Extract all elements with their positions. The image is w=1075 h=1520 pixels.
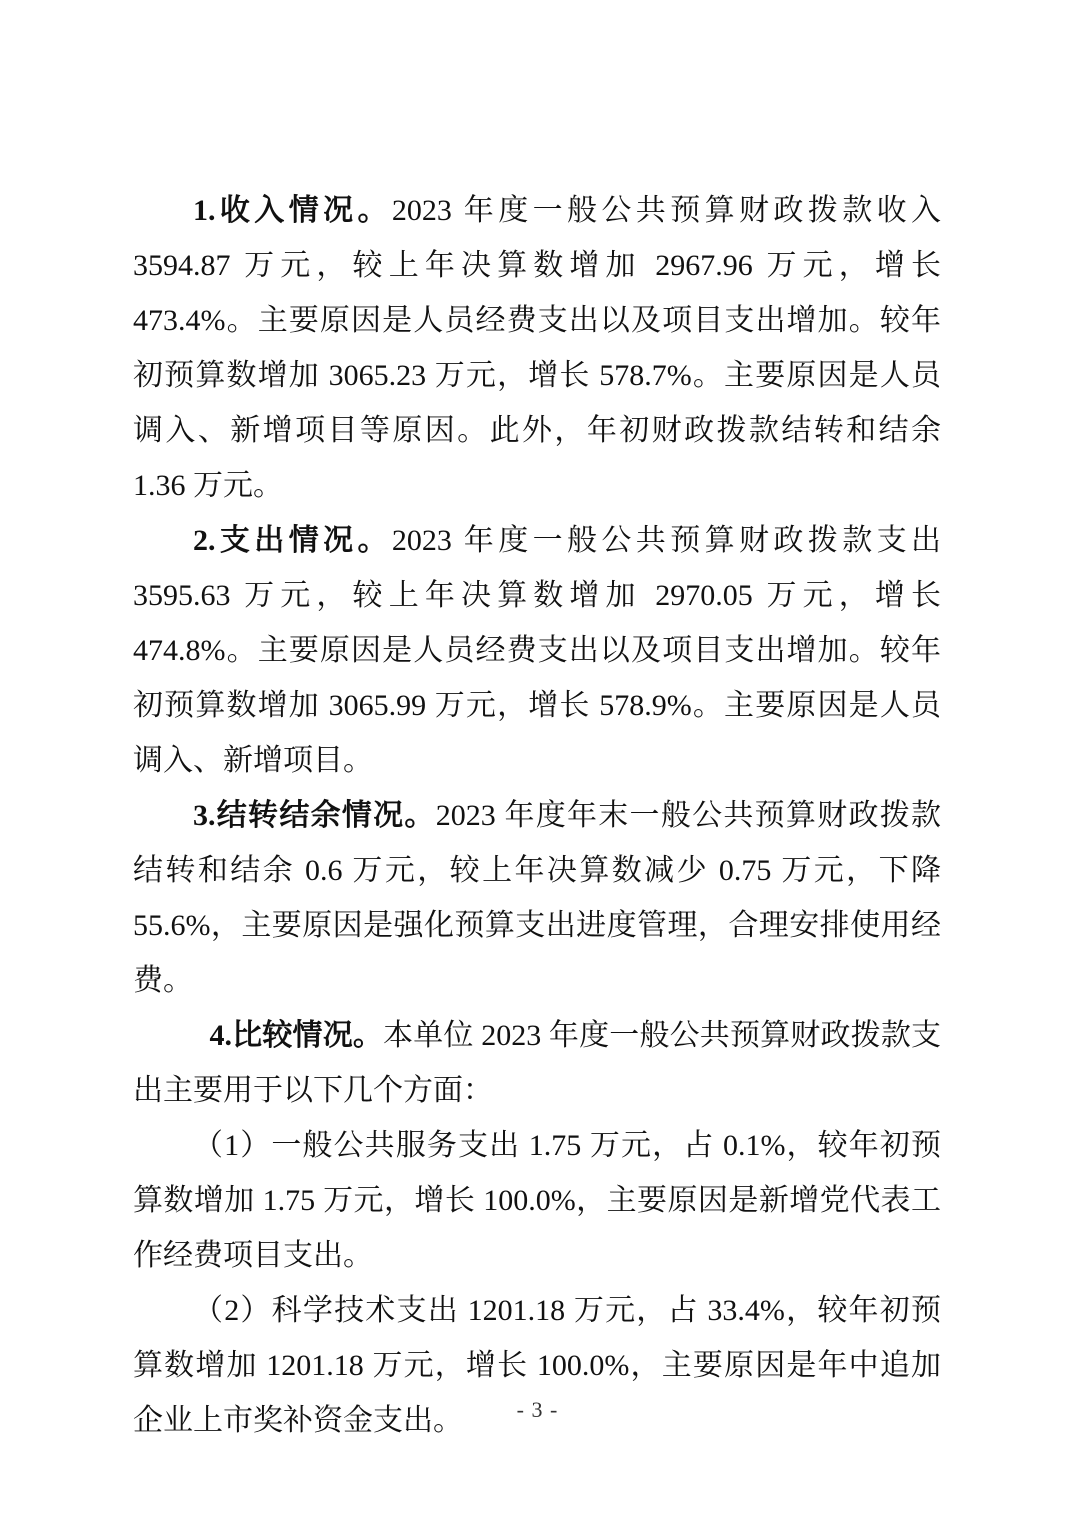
paragraph-comparison-heading: 4.比较情况。 [210,1019,384,1052]
paragraph-carryover: 3.结转结余情况。2023 年度年末一般公共预算财政拨款结转和结余 0.6 万元… [133,788,941,1008]
paragraph-comparison: 4.比较情况。本单位 2023 年度一般公共预算财政拨款支出主要用于以下几个方面… [133,1008,941,1118]
paragraph-income-heading: 1.收入情况。 [193,194,392,227]
paragraph-income: 1.收入情况。2023 年度一般公共预算财政拨款收入 3594.87 万元，较上… [133,183,941,513]
paragraph-item-1-text: （1）一般公共服务支出 1.75 万元，占 0.1%，较年初预算数增加 1.75… [133,1129,941,1272]
paragraph-expenditure-heading: 2.支出情况。 [193,524,392,557]
document-body: 1.收入情况。2023 年度一般公共预算财政拨款收入 3594.87 万元，较上… [133,183,941,1448]
paragraph-carryover-heading: 3.结转结余情况。 [193,799,436,832]
paragraph-income-text: 2023 年度一般公共预算财政拨款收入 3594.87 万元，较上年决算数增加 … [133,194,941,502]
paragraph-item-1: （1）一般公共服务支出 1.75 万元，占 0.1%，较年初预算数增加 1.75… [133,1118,941,1283]
document-page: 1.收入情况。2023 年度一般公共预算财政拨款收入 3594.87 万元，较上… [0,0,1075,1520]
page-number: - 3 - [0,1396,1075,1424]
paragraph-expenditure-text: 2023 年度一般公共预算财政拨款支出 3595.63 万元，较上年决算数增加 … [133,524,941,777]
paragraph-expenditure: 2.支出情况。2023 年度一般公共预算财政拨款支出 3595.63 万元，较上… [133,513,941,788]
